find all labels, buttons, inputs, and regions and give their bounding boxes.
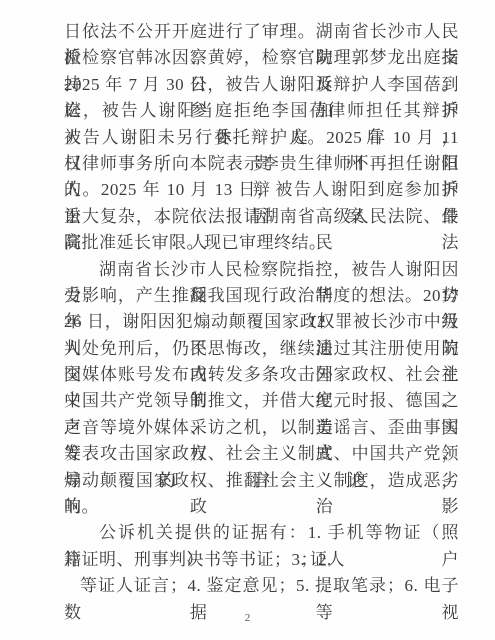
text-line: 日依法不公开开庭进行了审理。湖南省长沙市人民检察院指 <box>64 19 459 45</box>
text-line: 2025 年 7 月 30 日，被告人谢阳及辩护人李国蓓到庭参加诉 <box>64 72 459 98</box>
text-line: 判处免刑后，仍不思悔改，继续通过其注册使用的国内外社 <box>64 336 459 362</box>
text-line: 交媒体账号发布或转发多条攻击国家政权、社会主义制度、 <box>64 362 459 388</box>
text-line: 重大复杂，本院依法报请湖南省高级人民法院、最高人民法 <box>64 204 459 230</box>
text-line: 26 日，谢阳因犯煽动颠覆国家政权罪被长沙市中级人民法院 <box>64 309 459 335</box>
text-line: 人。2025 年 10 月 13 日，被告人谢阳到庭参加诉讼。因案件 <box>64 177 459 203</box>
text-line: 中国共产党领导的推文，并借大纪元时报、德国之声、美国 <box>64 388 459 414</box>
text-line: 力影响，产生推翻我国现行政治制度的想法。2017 年 12 月 <box>64 283 459 309</box>
text-line: 发表攻击国家政权、社会主义制度、中国共产党领导的言论， <box>64 441 459 467</box>
text-line: 煽动颠覆国家政权、推翻社会主义制度，造成恶劣的政治影 <box>64 468 459 494</box>
text-line: 等证人证言；4. 鉴定意见；5. 提取笔录；6. 电子数据等视 <box>64 573 459 599</box>
text-line: 权律师事务所向本院表示李贵生律师不再担任谢阳的辩护 <box>64 151 459 177</box>
body-text: 日依法不公开开庭进行了审理。湖南省长沙市人民检察院指 派检察官韩冰因、黄婷，检察… <box>64 19 459 600</box>
text-line: 被告人谢阳未另行委托辩护人。2025 年 10 月 11 日，贵州恒 <box>64 125 459 151</box>
text-line: 公诉机关提供的证据有：1. 手机等物证（照片）；2. 户 <box>64 520 459 546</box>
text-line: 讼，被告人谢阳当庭拒绝李国蓓律师担任其辩护人。休庭后， <box>64 98 459 124</box>
text-line: 湖南省长沙市人民检察院指控，被告人谢阳因受反华势 <box>64 257 459 283</box>
text-line: 派检察官韩冰因、黄婷，检察官助理郭梦龙出庭支持公诉。 <box>64 45 459 71</box>
text-line: 之音等境外媒体采访之机，以制造谣言、歪曲事实等方式， <box>64 415 459 441</box>
page-number: 2 <box>0 612 495 624</box>
document-page: 日依法不公开开庭进行了审理。湖南省长沙市人民检察院指 派检察官韩冰因、黄婷，检察… <box>0 0 495 640</box>
